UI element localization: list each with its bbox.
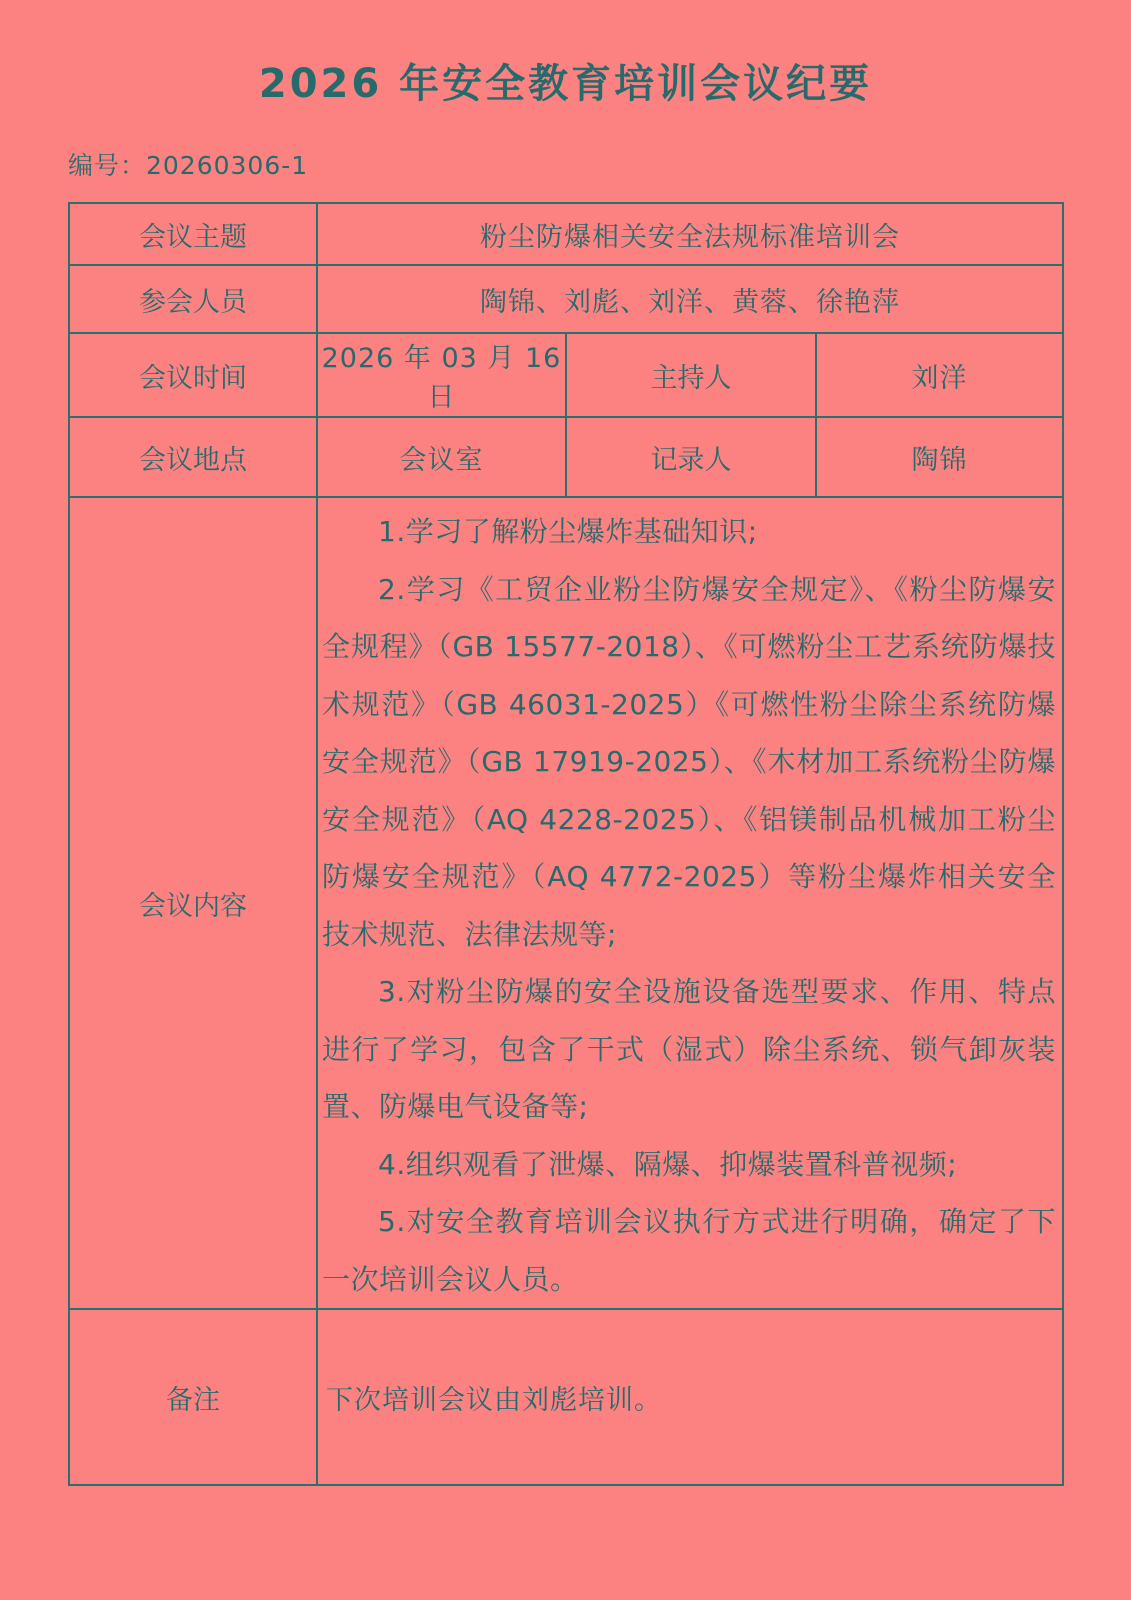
meeting-topic-value: 粉尘防爆相关安全法规标准培训会 [317,203,1063,265]
doc-number: 编号：20260306-1 [68,146,1131,182]
meeting-topic-label: 会议主题 [69,203,317,265]
attendees-label: 参会人员 [69,265,317,333]
meeting-time-value: 2026 年 03 月 16 日 [317,333,566,417]
row-meeting-place: 会议地点 会议室 记录人 陶锦 [69,417,1063,497]
meeting-time-label: 会议时间 [69,333,317,417]
meeting-content-value: 1.学习了解粉尘爆炸基础知识;2.学习《工贸企业粉尘防爆安全规定》、《粉尘防爆安… [317,497,1063,1309]
remarks-label: 备注 [69,1309,317,1485]
meeting-place-label: 会议地点 [69,417,317,497]
meeting-place-value: 会议室 [317,417,566,497]
recorder-value: 陶锦 [816,417,1063,497]
row-attendees: 参会人员 陶锦、刘彪、刘洋、黄蓉、徐艳萍 [69,265,1063,333]
row-meeting-time: 会议时间 2026 年 03 月 16 日 主持人 刘洋 [69,333,1063,417]
row-meeting-content: 会议内容 1.学习了解粉尘爆炸基础知识;2.学习《工贸企业粉尘防爆安全规定》、《… [69,497,1063,1309]
row-meeting-topic: 会议主题 粉尘防爆相关安全法规标准培训会 [69,203,1063,265]
row-remarks: 备注 下次培训会议由刘彪培训。 [69,1309,1063,1485]
content-paragraph: 4.组织观看了泄爆、隔爆、抑爆装置科普视频; [322,1136,1056,1194]
host-label: 主持人 [566,333,816,417]
remarks-value: 下次培训会议由刘彪培训。 [317,1309,1063,1485]
document-page: { "page": { "title": "2026 年安全教育培训会议纪要",… [0,0,1131,1600]
meeting-minutes-table: 会议主题 粉尘防爆相关安全法规标准培训会 参会人员 陶锦、刘彪、刘洋、黄蓉、徐艳… [68,202,1064,1486]
attendees-value: 陶锦、刘彪、刘洋、黄蓉、徐艳萍 [317,265,1063,333]
host-value: 刘洋 [816,333,1063,417]
recorder-label: 记录人 [566,417,816,497]
page-title: 2026 年安全教育培训会议纪要 [0,0,1131,106]
content-paragraph: 1.学习了解粉尘爆炸基础知识; [322,503,1056,561]
content-paragraph: 2.学习《工贸企业粉尘防爆安全规定》、《粉尘防爆安全规程》（GB 15577-2… [322,561,1056,964]
content-paragraph: 5.对安全教育培训会议执行方式进行明确，确定了下一次培训会议人员。 [322,1193,1056,1308]
meeting-content-label: 会议内容 [69,497,317,1309]
content-paragraph: 3.对粉尘防爆的安全设施设备选型要求、作用、特点进行了学习，包含了干式（湿式）除… [322,963,1056,1136]
